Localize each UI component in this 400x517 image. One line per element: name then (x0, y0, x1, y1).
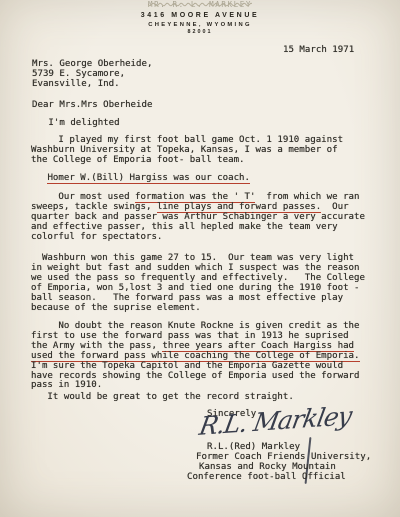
letterhead-city: CHEYENNE, WYOMING (0, 22, 400, 28)
text-segment: the College of Emporia foot- ball team. (31, 155, 245, 165)
paragraph-formation: Our most used formation was the ' T' fro… (31, 193, 365, 243)
text-segment (31, 173, 47, 183)
text-line: Evansville, Ind. (32, 80, 152, 90)
text-segment: sweeps, tackle swings, (31, 202, 157, 212)
text-segment: of Emporia, won 5,lost 3 and tied one du… (31, 283, 360, 293)
text-segment: I played my first foot ball game Oct. 1 … (31, 135, 343, 145)
text-segment: because of the suprise element. (31, 303, 201, 313)
text-segment: Washburn won this game 27 to 15. Our tea… (31, 253, 354, 263)
text-segment: Evansville, Ind. (32, 79, 120, 89)
handwritten-signature: R.L. Markley (197, 401, 354, 441)
title-line-3: Conference foot-ball Official (187, 473, 346, 483)
text-segment: Our most used (31, 192, 135, 202)
text-segment: ball season. The forward pass was a most… (31, 293, 343, 303)
text-line: because of the suprise element. (31, 304, 365, 314)
text-segment: pass in 1910. (31, 380, 102, 390)
date-line: 15 March 1971 (283, 46, 354, 56)
text-segment: Mrs. George Oberheide, (32, 59, 152, 69)
recipient-address: Mrs. George Oberheide,5739 E. Sycamore,E… (32, 60, 152, 90)
text-segment: quarter back and passer was Arthur Schab… (31, 212, 365, 222)
text-line: colorful for spectators. (31, 233, 365, 243)
text-segment: we used the pass so frequently and effec… (31, 273, 365, 283)
text-line: Homer W.(Bill) Hargiss was our coach. (31, 174, 250, 184)
closing-line: It would be great to get the record stra… (31, 393, 294, 403)
letterhead-struck-name: MR. R. L. MARKLEY (0, 0, 400, 9)
text-segment: first to use the forward pass was that i… (31, 331, 349, 341)
text-segment: I'm delighted (32, 118, 120, 128)
letterhead-zip: 82001 (0, 29, 400, 35)
text-segment: No doubt the reason Knute Rockne is give… (31, 321, 360, 331)
text-segment: I'm sure the Topeka Capitol and the Empo… (31, 361, 343, 371)
text-segment: It would be great to get the record stra… (31, 392, 294, 402)
text-line: I'm delighted (32, 119, 120, 129)
scanned-letter: MR. R. L. MARKLEY 3416 MOORE AVENUE CHEY… (0, 0, 400, 517)
coach-underlined-line: Homer W.(Bill) Hargiss was our coach. (31, 174, 250, 184)
paragraph-rockne: No doubt the reason Knute Rockne is give… (31, 322, 360, 391)
text-segment: 5739 E. Sycamore, (32, 69, 125, 79)
text-line: the College of Emporia foot- ball team. (31, 156, 343, 166)
text-segment: from which we ran (255, 192, 359, 202)
opening-line: I'm delighted (32, 119, 120, 129)
text-segment: Our (321, 202, 348, 212)
text-segment: Washburn University at Topeka, Kansas, I… (31, 145, 338, 155)
text-line: pass in 1910. (31, 381, 360, 391)
text-segment: the Army with the pass, (31, 341, 162, 351)
paragraph-first-game: I played my first foot ball game Oct. 1 … (31, 136, 343, 166)
text-line: It would be great to get the record stra… (31, 393, 294, 403)
letterhead-street: 3416 MOORE AVENUE (0, 12, 400, 19)
text-segment: and effective passer, this all hepled ma… (31, 222, 338, 232)
paragraph-game-result: Washburn won this game 27 to 15. Our tea… (31, 254, 365, 313)
red-underlined-text: Homer W.(Bill) Hargiss was our coach. (47, 173, 250, 184)
salutation: Dear Mrs.Mrs Oberheide (32, 101, 152, 111)
text-segment: colorful for spectators. (31, 232, 162, 242)
letterhead: MR. R. L. MARKLEY 3416 MOORE AVENUE CHEY… (0, 0, 400, 35)
text-segment: in weight but fast and sudden which I su… (31, 263, 360, 273)
